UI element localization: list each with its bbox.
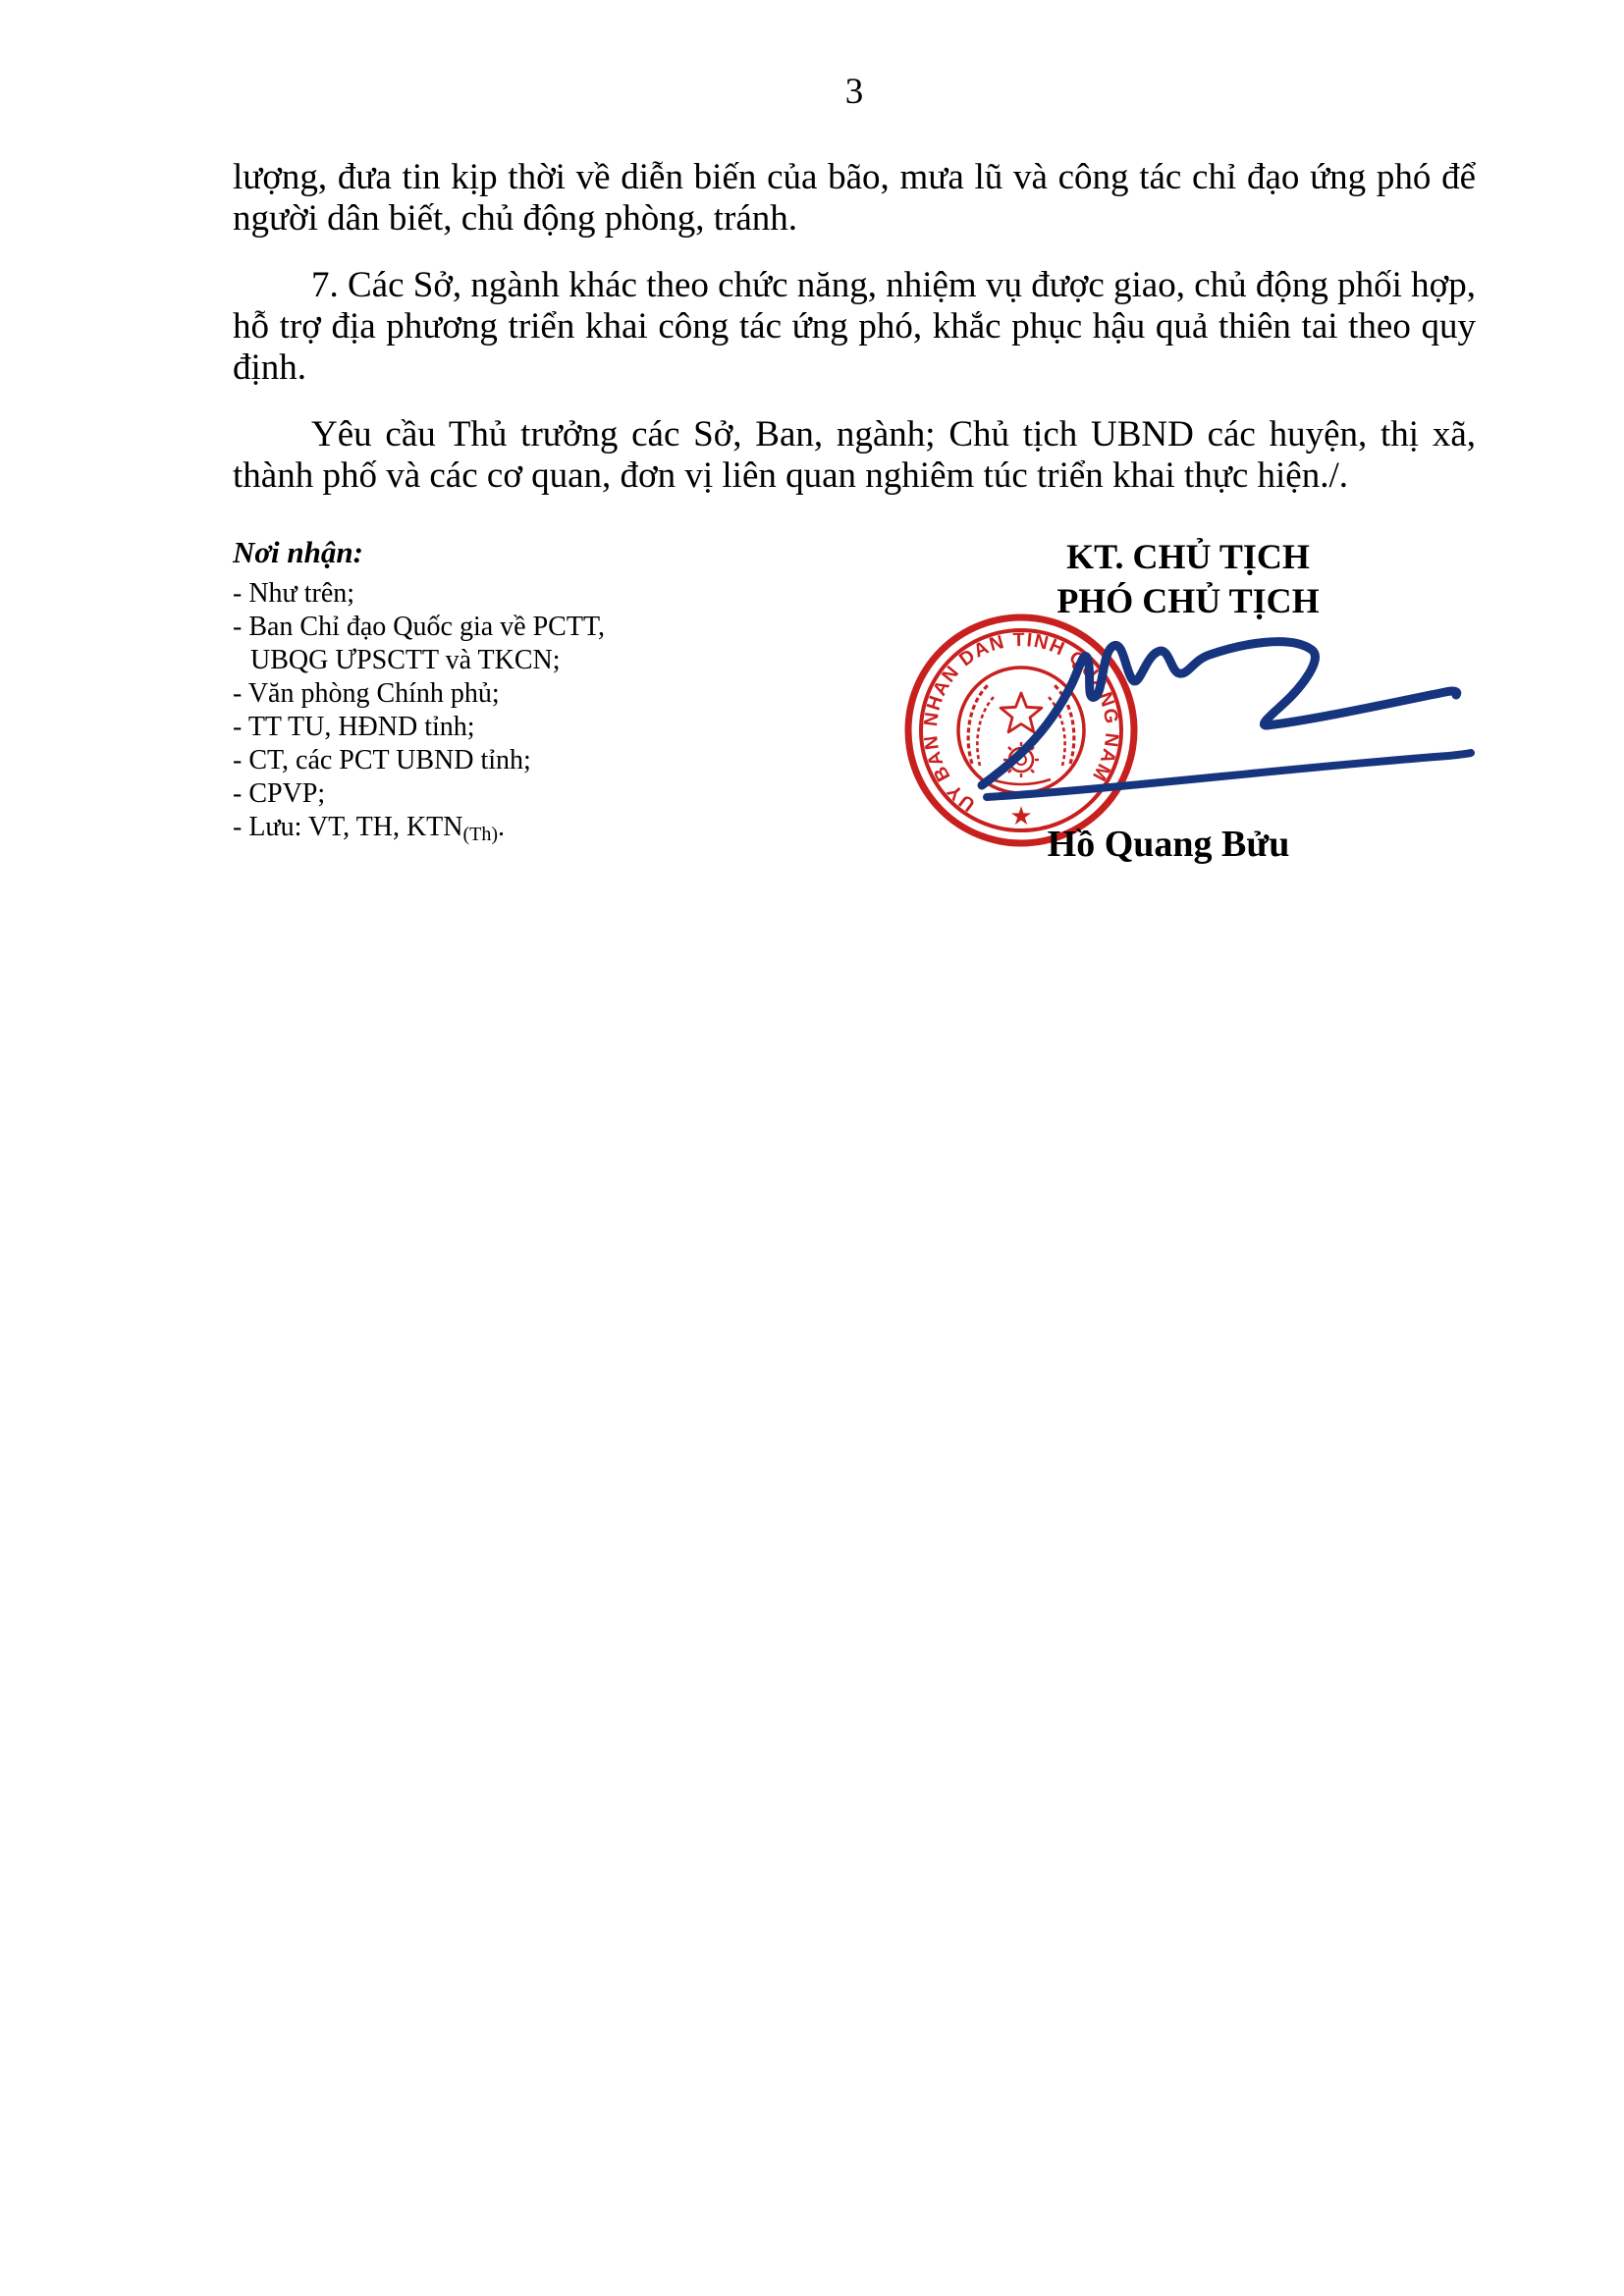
signature-title-line1: KT. CHỦ TỊCH xyxy=(903,535,1473,579)
signer-name: Hồ Quang Bửu xyxy=(884,823,1453,866)
recipient-item: - Văn phòng Chính phủ; xyxy=(233,677,694,711)
recipient-item-luu: - Lưu: VT, TH, KTN(Th). xyxy=(233,811,694,846)
recipients-label: Nơi nhận: xyxy=(233,535,694,570)
document-page: 3 lượng, đưa tin kịp thời về diễn biến c… xyxy=(0,0,1624,2296)
body-text: lượng, đưa tin kịp thời về diễn biến của… xyxy=(233,157,1476,522)
recipient-item-wrapped: UBQG ƯPSCTT và TKCN; xyxy=(233,644,694,677)
recipient-item: - CPVP; xyxy=(233,777,694,811)
recipient-item: - CT, các PCT UBND tỉnh; xyxy=(233,744,694,777)
luu-prefix: - Lưu: VT, TH, KTN xyxy=(233,812,463,842)
recipients-list: - Như trên; - Ban Chỉ đạo Quốc gia về PC… xyxy=(233,577,694,846)
signature-stroke-underline xyxy=(987,753,1471,797)
signature-ink xyxy=(977,626,1483,808)
recipient-item: - Ban Chỉ đạo Quốc gia về PCTT, xyxy=(233,611,694,644)
page-number: 3 xyxy=(233,71,1476,113)
recipient-item: - Như trên; xyxy=(233,577,694,611)
recipient-item: - TT TU, HĐND tỉnh; xyxy=(233,711,694,744)
recipients-block: Nơi nhận: - Như trên; - Ban Chỉ đạo Quốc… xyxy=(233,535,694,846)
luu-suffix: . xyxy=(498,812,505,842)
luu-subscript: (Th) xyxy=(463,824,499,845)
paragraph-item-7: 7. Các Sở, ngành khác theo chức năng, nh… xyxy=(233,265,1476,389)
handwritten-signature xyxy=(977,626,1483,808)
paragraph-continuation: lượng, đưa tin kịp thời về diễn biến của… xyxy=(233,157,1476,240)
paragraph-closing: Yêu cầu Thủ trưởng các Sở, Ban, ngành; C… xyxy=(233,414,1476,497)
